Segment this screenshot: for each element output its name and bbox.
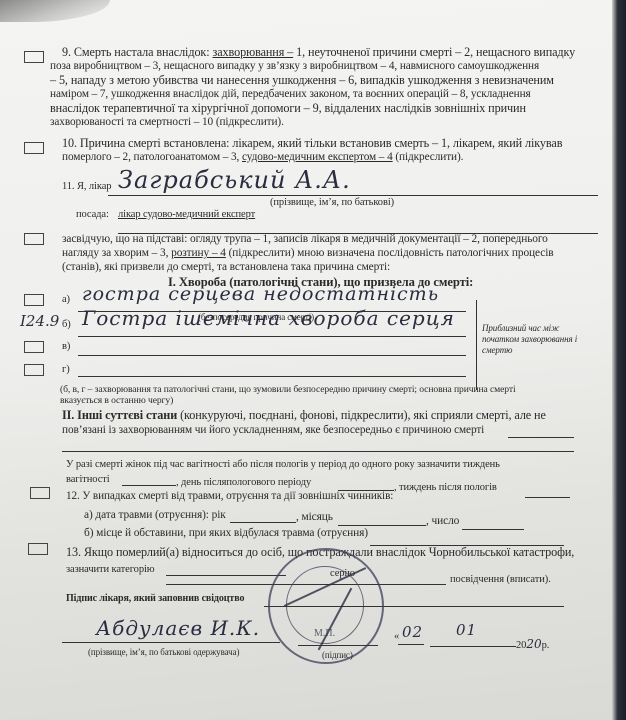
chernobyl-category-field[interactable]: [166, 575, 286, 576]
cause-v-line[interactable]: [78, 355, 466, 356]
injury-day-field[interactable]: [462, 529, 524, 530]
cause-a-code-box[interactable]: [24, 294, 44, 306]
certify-line1: засвідчую, що на підставі: огляду трупа …: [62, 232, 548, 246]
cause-a-value[interactable]: гостра серцева недостатність: [82, 283, 439, 305]
paper-shadow: [0, 0, 110, 22]
doctor-signature-label: Підпис лікаря, який заповнив свідоцтво: [66, 592, 244, 606]
chernobyl-cert-label: посвідчення (вписати).: [450, 573, 551, 587]
position-label: посада:: [76, 208, 109, 222]
injury-month-label: , місяць: [296, 510, 333, 524]
cause-a-label: а): [62, 293, 70, 307]
position-value[interactable]: лікар судово-медичний експерт: [118, 208, 255, 222]
time-column-divider: [476, 300, 477, 390]
item12-code-box[interactable]: [30, 487, 50, 499]
chernobyl-category-label: зазначити категорію: [66, 563, 155, 577]
recipient-name-line: [62, 642, 280, 643]
recipient-signature-line[interactable]: [298, 645, 378, 646]
signature-caption: (підпис): [322, 648, 353, 662]
item13-code-box[interactable]: [28, 543, 48, 555]
item9-line1: 9. Смерть настала внаслідок: захворюванн…: [62, 45, 575, 59]
item11-label: 11. Я, лікар: [62, 180, 111, 194]
certify-line3: (станів), які призвели до смерті, та вст…: [62, 260, 390, 274]
section1-note-line2: вказується в останню чергу): [60, 394, 173, 408]
item9-line4: наміром – 7, ушкодження внаслідок дій, п…: [50, 87, 531, 101]
date-day[interactable]: 02: [402, 623, 423, 641]
cause-b-line: [78, 336, 466, 337]
date-month-line: [430, 646, 516, 647]
section2-line-end[interactable]: [508, 437, 574, 438]
certify-code-box[interactable]: [24, 233, 44, 245]
cause-g-label: г): [62, 363, 70, 377]
item9-line3: – 5, нападу з метою убивства чи нанесенн…: [50, 73, 554, 87]
cause-g-code-box[interactable]: [24, 364, 44, 376]
section2-line1: II. Інші суттєві стани (конкуруючі, поєд…: [62, 408, 546, 422]
date-day-line: [398, 644, 424, 645]
item9-line5: внаслідок терапевтичної та хірургічної д…: [50, 101, 526, 115]
item9-line6: захворюваності та смертності – 10 (підкр…: [50, 115, 284, 129]
doctor-name-handwritten[interactable]: Заграбський А.А.: [118, 166, 351, 194]
item9-line2: поза виробництвом – 3, нещасного випадку…: [50, 59, 539, 73]
pregnancy-week-label: вагітності: [66, 473, 110, 487]
section2-fill-line[interactable]: [62, 451, 574, 452]
time-column-label: Приблизний час між початком захворювання…: [482, 323, 592, 356]
cause-v-label: в): [62, 340, 70, 354]
section2-line2: пов’язані із захворюванням чи його ускла…: [62, 423, 484, 437]
cause-b-label: б): [62, 318, 71, 332]
death-certificate-page: 9. Смерть настала внаслідок: захворюванн…: [0, 0, 612, 720]
item12-title: 12. У випадках смерті від травми, отруєн…: [66, 489, 393, 503]
injury-day-label: , число: [426, 514, 459, 528]
doctor-name-caption: (прізвище, ім’я, по батькові): [270, 196, 394, 210]
item10-line1: 10. Причина смерті встановлена: лікарем,…: [62, 136, 562, 150]
background-edge: [612, 0, 626, 720]
cause-g-line[interactable]: [78, 376, 466, 377]
cause-b-icd-code[interactable]: I24.9: [20, 312, 59, 330]
item10-line2: померлого – 2, патологоанатомом – 3, суд…: [62, 150, 463, 164]
pregnancy-week-field[interactable]: [122, 485, 176, 486]
item10-code-box[interactable]: [24, 142, 44, 154]
date-year: 2020р.: [516, 637, 549, 653]
recipient-caption: (прізвище, ім’я, по батькові одержувача): [88, 645, 239, 659]
date-open-quote: «: [394, 630, 399, 644]
date-month[interactable]: 01: [456, 621, 477, 639]
injury-year-label: а) дата травми (отруєння): рік: [84, 508, 226, 522]
item9-code-box[interactable]: [24, 51, 44, 63]
pregnancy-line1: У разі смерті жінок під час вагітності а…: [66, 458, 500, 472]
week-after-field[interactable]: [525, 497, 570, 498]
injury-place-label: б) місце й обставини, при яких відбулася…: [84, 526, 368, 540]
week-after-label: , тиждень після пологів: [394, 481, 497, 495]
certify-line2: нагляду за хворим – 3, розтину – 4 (підк…: [62, 246, 554, 260]
injury-year-field[interactable]: [230, 522, 296, 523]
cause-b-value[interactable]: Гостра ішемічна хвороба серця: [82, 306, 455, 330]
cause-v-code-box[interactable]: [24, 341, 44, 353]
recipient-name-handwritten[interactable]: Абдулаєв И.К.: [96, 616, 260, 640]
